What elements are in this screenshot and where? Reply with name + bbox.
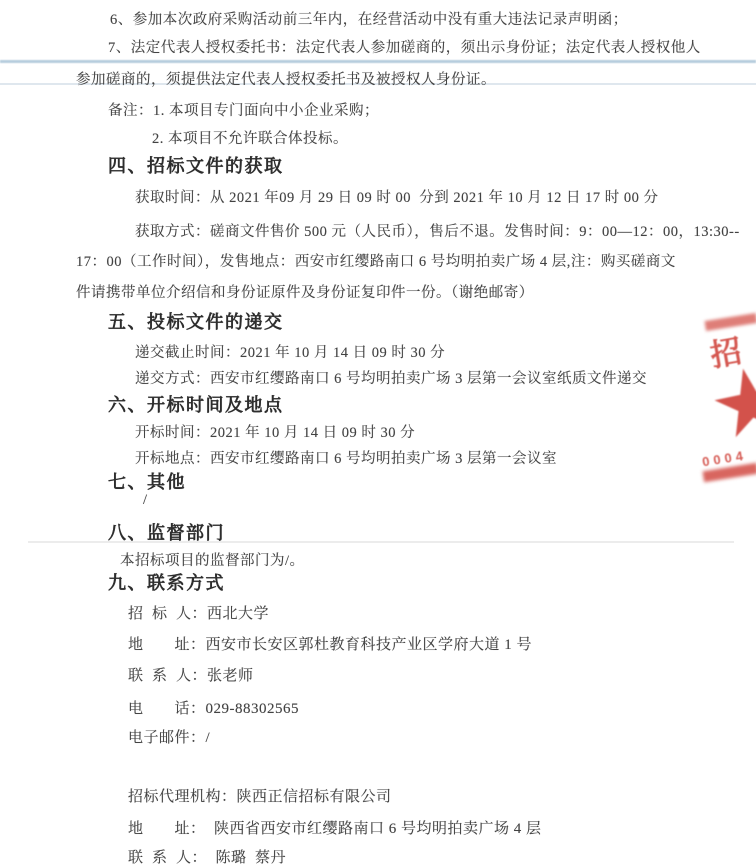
- section-7-content: /: [143, 492, 148, 509]
- stamp-star-icon: ★: [702, 351, 756, 456]
- agency-name: 招标代理机构：陕西正信招标有限公司: [128, 785, 392, 806]
- document-page: 6、参加本次政府采购活动前三年内，在经营活动中没有重大违法记录声明函； 7、法定…: [0, 0, 756, 865]
- section-5-method: 递交方式：西安市红缨路南口 6 号均明拍卖广场 3 层第一会议室纸质文件递交: [135, 367, 647, 388]
- scan-artifact-line-blue: [0, 60, 756, 63]
- agency-contact: 联 系 人： 陈璐 蔡丹: [128, 846, 286, 865]
- stamp-digits: 0004: [701, 448, 748, 470]
- section-5-deadline: 递交截止时间：2021 年 10 月 14 日 09 时 30 分: [135, 341, 445, 362]
- section-6-open-place: 开标地点：西安市红缨路南口 6 号均明拍卖广场 3 层第一会议室: [135, 447, 557, 468]
- section-4-obtain-method-line1: 获取方式：磋商文件售价 500 元（人民币），售后不退。发售时间：9：00—12…: [135, 220, 740, 241]
- section-5-heading: 五、投标文件的递交: [108, 308, 284, 334]
- stamp-arc-top: [705, 313, 756, 331]
- section-4-heading: 四、招标文件的获取: [108, 152, 284, 178]
- section-6-open-time: 开标时间：2021 年 10 月 14 日 09 时 30 分: [135, 421, 415, 442]
- clause-7-line2: 参加磋商的，须提供法定代表人授权委托书及被授权人身份证。: [76, 68, 496, 89]
- section-7-heading: 七、其他: [108, 468, 186, 494]
- section-8-heading: 八、监督部门: [108, 519, 225, 545]
- note-line-2: 2. 本项目不允许联合体投标。: [152, 127, 348, 148]
- section-8-content: 本招标项目的监督部门为/。: [120, 549, 305, 570]
- section-4-obtain-time: 获取时间：从 2021 年09 月 29 日 09 时 00 分到 2021 年…: [135, 186, 659, 207]
- contact-person: 联 系 人：张老师: [128, 664, 254, 685]
- section-4-obtain-method-line3: 件请携带单位介绍信和身份证原件及身份证复印件一份。（谢绝邮寄）: [76, 281, 534, 302]
- section-9-heading: 九、联系方式: [108, 569, 225, 595]
- contact-address: 地 址：西安市长安区郭杜教育科技产业区学府大道 1 号: [128, 633, 532, 654]
- section-4-obtain-method-line2: 17：00（工作时间），发售地点：西安市红缨路南口 6 号均明拍卖广场 4 层,…: [76, 250, 676, 271]
- clause-6: 6、参加本次政府采购活动前三年内，在经营活动中没有重大违法记录声明函；: [110, 8, 628, 29]
- stamp-text: 招: [706, 326, 744, 376]
- stamp-arc-bottom: [702, 463, 756, 482]
- agency-address: 地 址： 陕西省西安市红缨路南口 6 号均明拍卖广场 4 层: [128, 817, 542, 838]
- contact-tenderer: 招 标 人：西北大学: [128, 602, 269, 623]
- clause-7-line1: 7、法定代表人授权委托书：法定代表人参加磋商的，须出示身份证；法定代表人授权他人: [108, 36, 701, 57]
- contact-email: 电子邮件：/: [128, 726, 210, 747]
- contact-phone: 电 话：029-88302565: [128, 697, 299, 718]
- section-6-heading: 六、开标时间及地点: [108, 391, 284, 417]
- note-line-1: 备注：1. 本项目专门面向中小企业采购；: [108, 99, 379, 120]
